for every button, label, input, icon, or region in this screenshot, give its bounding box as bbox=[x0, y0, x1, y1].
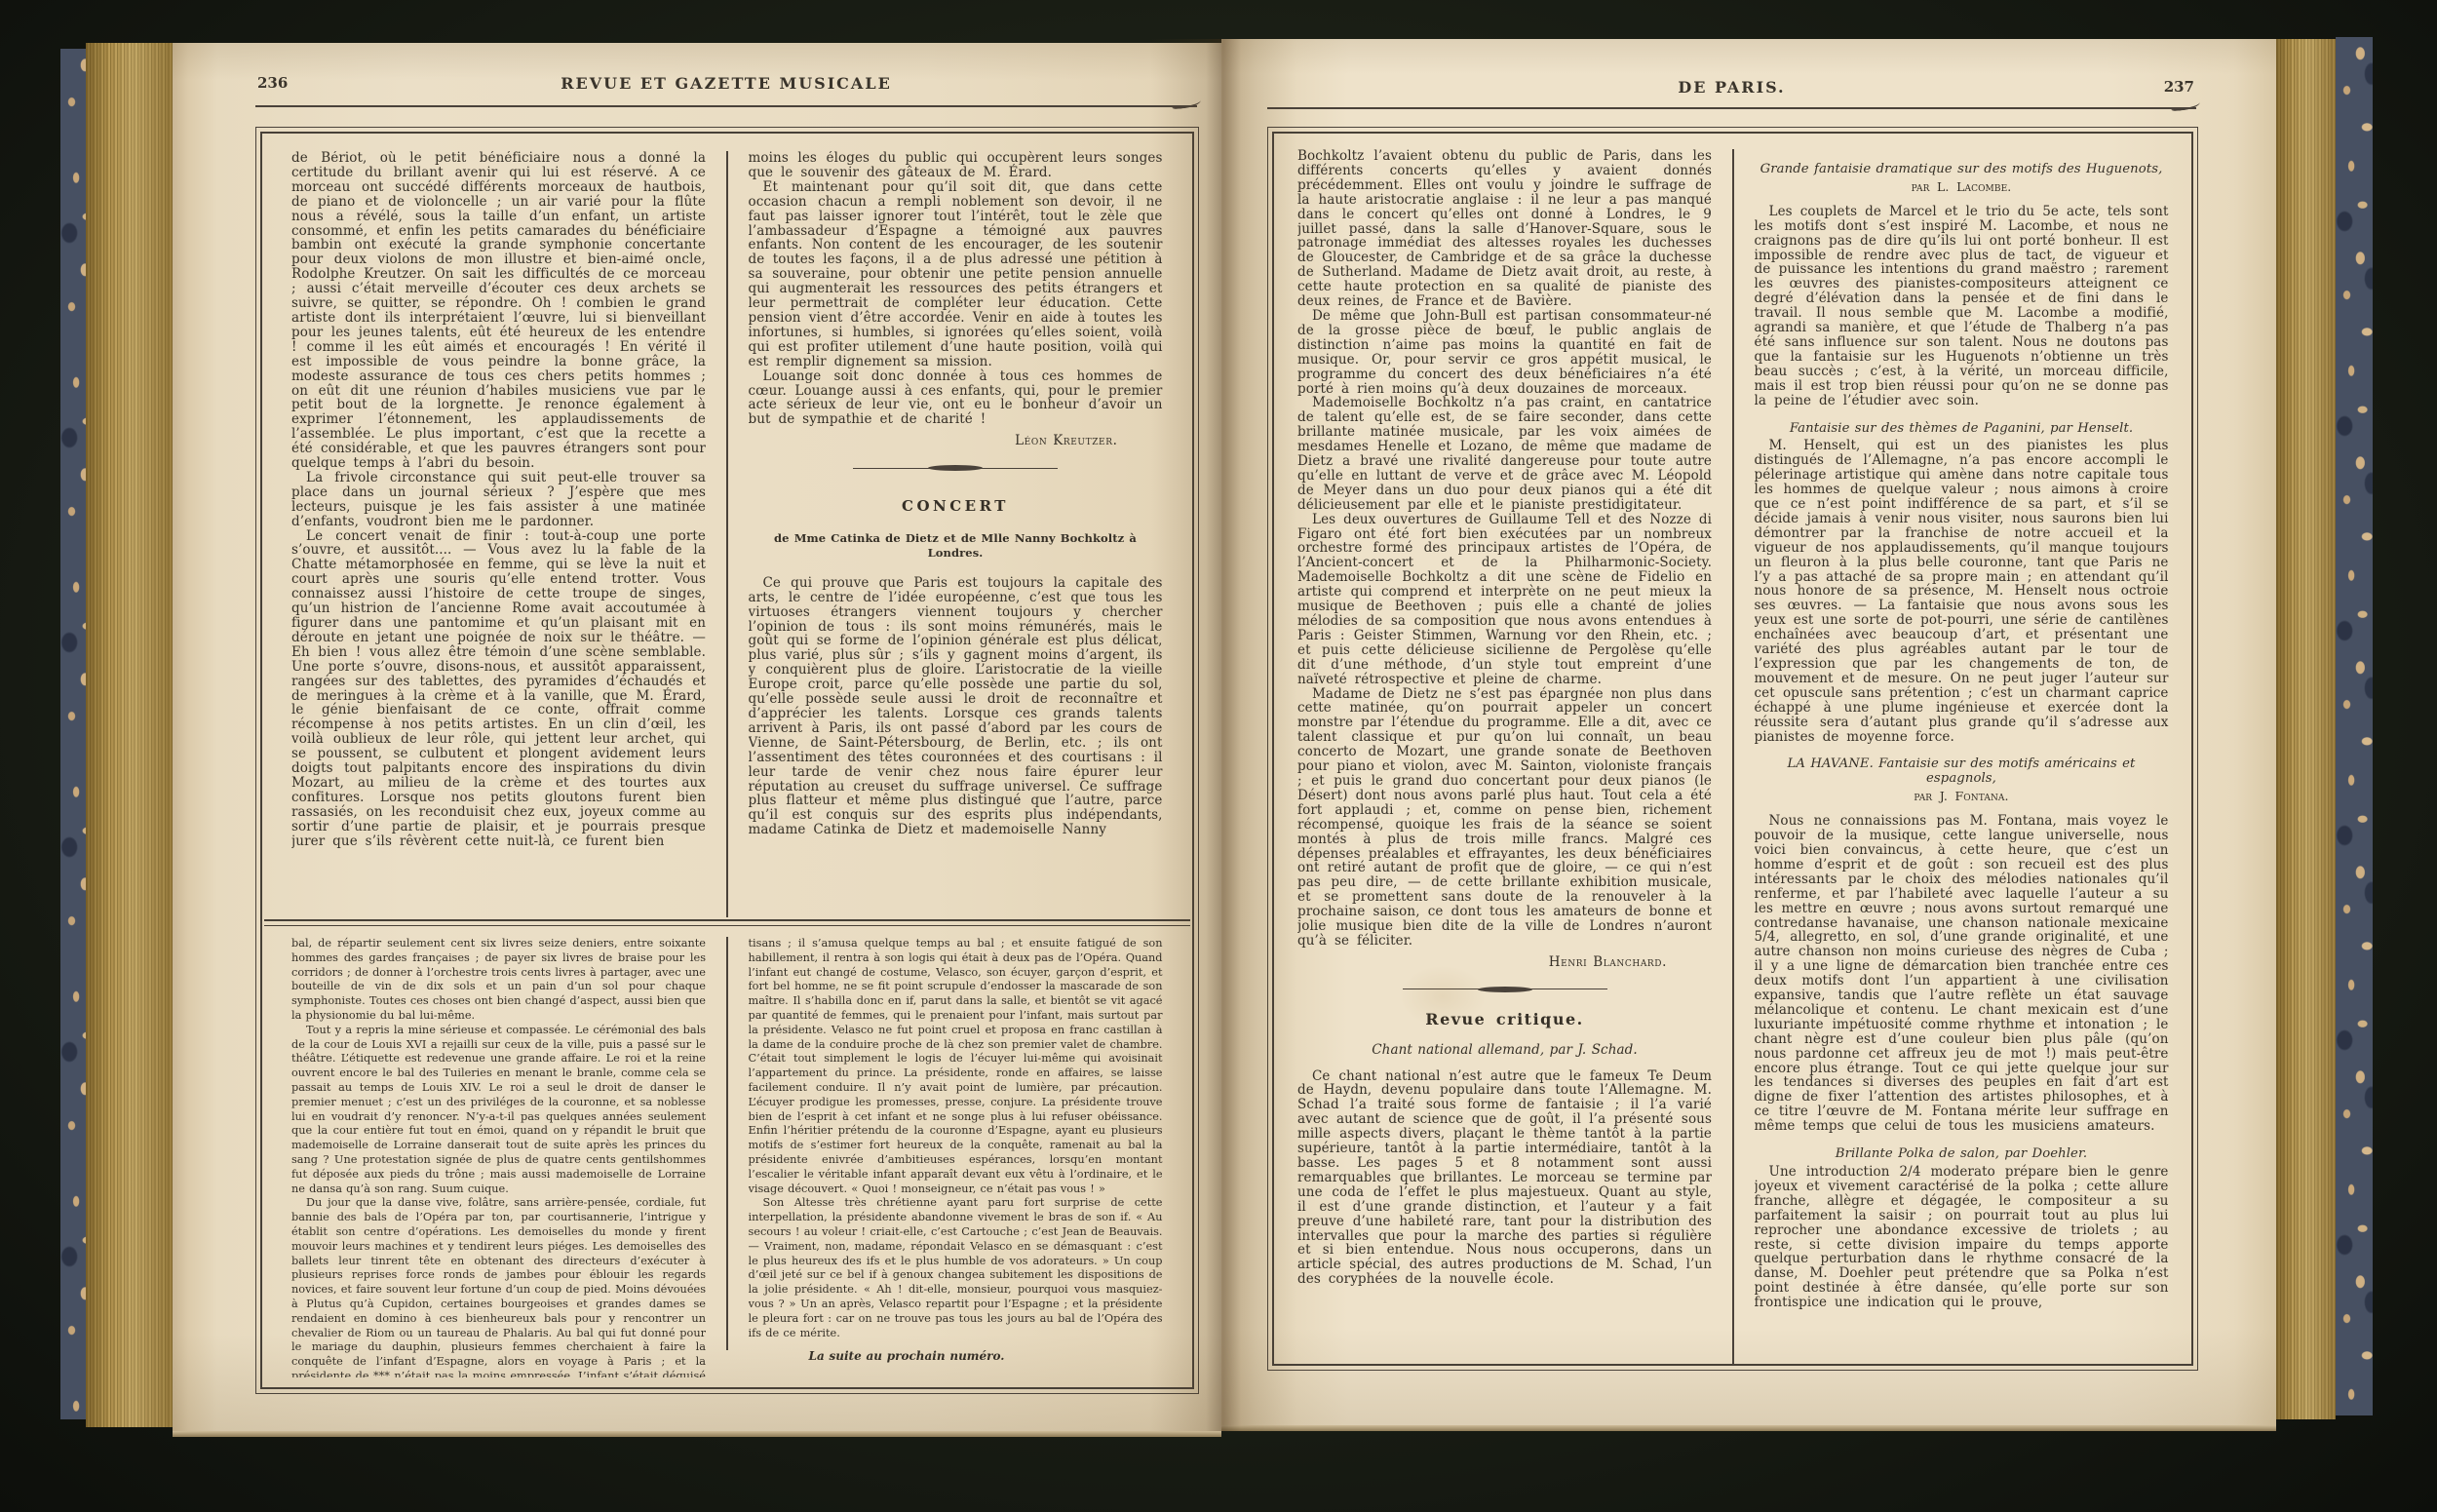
right-page: DE PARIS. 237 Bochkoltz l’avaient obtenu… bbox=[1221, 39, 2276, 1425]
divider-ornament-left bbox=[853, 464, 1058, 472]
paragraph: Madame de Dietz ne s’est pas épargnée no… bbox=[1297, 687, 1712, 949]
paragraph: de Bériot, où le petit bénéficiaire nous… bbox=[291, 151, 706, 471]
paragraph: Ce qui prouve que Paris est toujours la … bbox=[749, 576, 1163, 837]
page-stack-fore-edge-left bbox=[86, 43, 173, 1427]
paragraph: Louange soit donc donnée à tous ces homm… bbox=[749, 369, 1163, 428]
concert-article-subtitle: de Mme Catinka de Dietz et de Mlle Nanny… bbox=[749, 531, 1163, 561]
divider-ornament-right bbox=[1403, 986, 1607, 993]
page-number-right: 237 bbox=[2164, 78, 2194, 96]
marbled-cover-edge-left bbox=[60, 49, 86, 1419]
paragraph: Une introduction 2/4 moderato prépare bi… bbox=[1755, 1165, 2169, 1310]
column-divider-right-main bbox=[1732, 149, 1734, 1364]
paragraph: Du jour que la danse vive, folâtre, sans… bbox=[291, 1196, 706, 1377]
article-heading: Brillante Polka de salon, par Doehler. bbox=[1755, 1147, 2169, 1162]
article-polka: Brillante Polka de salon, par Doehler. U… bbox=[1755, 1147, 2169, 1310]
paragraph: Bochkoltz l’avaient obtenu du public de … bbox=[1297, 149, 1712, 309]
running-title-left: REVUE ET GAZETTE MUSICALE bbox=[255, 74, 1197, 93]
page-frame-left: de Bériot, où le petit bénéficiaire nous… bbox=[255, 127, 1199, 1394]
article-paganini: Fantaisie sur des thèmes de Paganini, pa… bbox=[1755, 422, 2169, 745]
paragraph: tisans ; il s’amusa quelque temps au bal… bbox=[749, 937, 1163, 1196]
signature-leon-kreutzer: Léon Kreutzer. bbox=[749, 434, 1163, 448]
left-column-2-paragraphs: moins les éloges du public qui occupèren… bbox=[749, 151, 1163, 427]
paragraph: moins les éloges du public qui occupèren… bbox=[749, 151, 1163, 180]
article-heading: LA HAVANE. Fantaisie sur des motifs amér… bbox=[1755, 757, 2169, 787]
paragraph: Les deux ouvertures de Guillaume Tell et… bbox=[1297, 513, 1712, 687]
feuilleton-column-1: bal, de répartir seulement cent six livr… bbox=[291, 937, 706, 1377]
left-page: 236 REVUE ET GAZETTE MUSICALE de Bériot,… bbox=[173, 43, 1221, 1431]
paragraph: Mademoiselle Bochkoltz n’a pas craint, e… bbox=[1297, 396, 1712, 512]
article-heading: Grande fantaisie dramatique sur des moti… bbox=[1755, 163, 2169, 177]
header-rule-right bbox=[1267, 107, 2196, 109]
paragraph: Et maintenant pour qu’il soit dit, que d… bbox=[749, 180, 1163, 369]
article-huguenots: Grande fantaisie dramatique sur des moti… bbox=[1755, 163, 2169, 408]
article-paragraphs: M. Henselt, qui est un des pianistes les… bbox=[1755, 439, 2169, 744]
header-rule-left bbox=[255, 105, 1197, 107]
right-column-1-paragraphs: Bochkoltz l’avaient obtenu du public de … bbox=[1297, 149, 1712, 949]
page-stack-fore-edge-right bbox=[2276, 39, 2336, 1419]
article-paragraphs: Les couplets de Marcel et le trio du 5e … bbox=[1755, 205, 2169, 408]
article-byline: par J. Fontana. bbox=[1755, 790, 2169, 804]
feuilleton-column-2: tisans ; il s’amusa quelque temps au bal… bbox=[749, 937, 1163, 1377]
running-title-right: DE PARIS. bbox=[1267, 78, 2196, 97]
page-frame-right: Bochkoltz l’avaient obtenu du public de … bbox=[1267, 127, 2198, 1371]
left-column-1: de Bériot, où le petit bénéficiaire nous… bbox=[291, 151, 706, 917]
column-divider-left-main bbox=[726, 151, 728, 917]
left-column-2: moins les éloges du public qui occupèren… bbox=[749, 151, 1163, 917]
revue-critique-paragraphs: Ce chant national n’est autre que le fam… bbox=[1297, 1069, 1712, 1288]
paragraph: bal, de répartir seulement cent six livr… bbox=[291, 937, 706, 1024]
paragraph: Ce chant national n’est autre que le fam… bbox=[1297, 1069, 1712, 1288]
continuation-note: La suite au prochain numéro. bbox=[809, 1349, 1163, 1364]
paragraph: De même que John-Bull est partisan conso… bbox=[1297, 309, 1712, 396]
feuilleton-separator-rule bbox=[264, 919, 1190, 926]
paragraph: Son Altesse très chrétienne ayant paru f… bbox=[749, 1196, 1163, 1340]
left-main-section: de Bériot, où le petit bénéficiaire nous… bbox=[291, 151, 1163, 917]
concert-article-paragraphs: Ce qui prouve que Paris est toujours la … bbox=[749, 576, 1163, 837]
paragraph: Nous ne connaissions pas M. Fontana, mai… bbox=[1755, 814, 2169, 1134]
marbled-cover-edge-right bbox=[2336, 37, 2373, 1415]
article-paragraphs: Une introduction 2/4 moderato prépare bi… bbox=[1755, 1165, 2169, 1310]
right-column-2: Grande fantaisie dramatique sur des moti… bbox=[1755, 149, 2169, 1364]
left-page-header: 236 REVUE ET GAZETTE MUSICALE bbox=[255, 74, 1197, 96]
paragraph: Le concert venait de finir : tout-à-coup… bbox=[291, 529, 706, 849]
paragraph: La frivole circonstance qui suit peut-el… bbox=[291, 471, 706, 529]
right-main-section: Bochkoltz l’avaient obtenu du public de … bbox=[1297, 149, 2169, 1364]
column-divider-feuilleton bbox=[726, 937, 728, 1350]
right-column-1: Bochkoltz l’avaient obtenu du public de … bbox=[1297, 149, 1712, 1364]
article-la-havane: LA HAVANE. Fantaisie sur des motifs amér… bbox=[1755, 757, 2169, 1134]
paragraph: M. Henselt, qui est un des pianistes les… bbox=[1755, 439, 2169, 744]
concert-article-title: CONCERT bbox=[749, 499, 1163, 514]
article-byline: par L. Lacombe. bbox=[1755, 180, 2169, 195]
publisher-note: Publié par Maurice BOURGES. bbox=[749, 1376, 1163, 1377]
article-paragraphs: Nous ne connaissions pas M. Fontana, mai… bbox=[1755, 814, 2169, 1134]
revue-critique-subtitle: Chant national allemand, par J. Schad. bbox=[1297, 1043, 1712, 1058]
signature-henri-blanchard: Henri Blanchard. bbox=[1297, 955, 1712, 970]
right-page-header: DE PARIS. 237 bbox=[1267, 78, 2196, 99]
book-photograph: 236 REVUE ET GAZETTE MUSICALE de Bériot,… bbox=[0, 0, 2437, 1512]
revue-critique-title: Revue critique. bbox=[1297, 1013, 1712, 1027]
article-heading: Fantaisie sur des thèmes de Paganini, pa… bbox=[1755, 422, 2169, 437]
feuilleton-column-2-paragraphs: tisans ; il s’amusa quelque temps au bal… bbox=[749, 937, 1163, 1340]
paragraph: Tout y a repris la mine sérieuse et comp… bbox=[291, 1024, 706, 1197]
paragraph: Les couplets de Marcel et le trio du 5e … bbox=[1755, 205, 2169, 408]
feuilleton-section: bal, de répartir seulement cent six livr… bbox=[291, 937, 1163, 1377]
